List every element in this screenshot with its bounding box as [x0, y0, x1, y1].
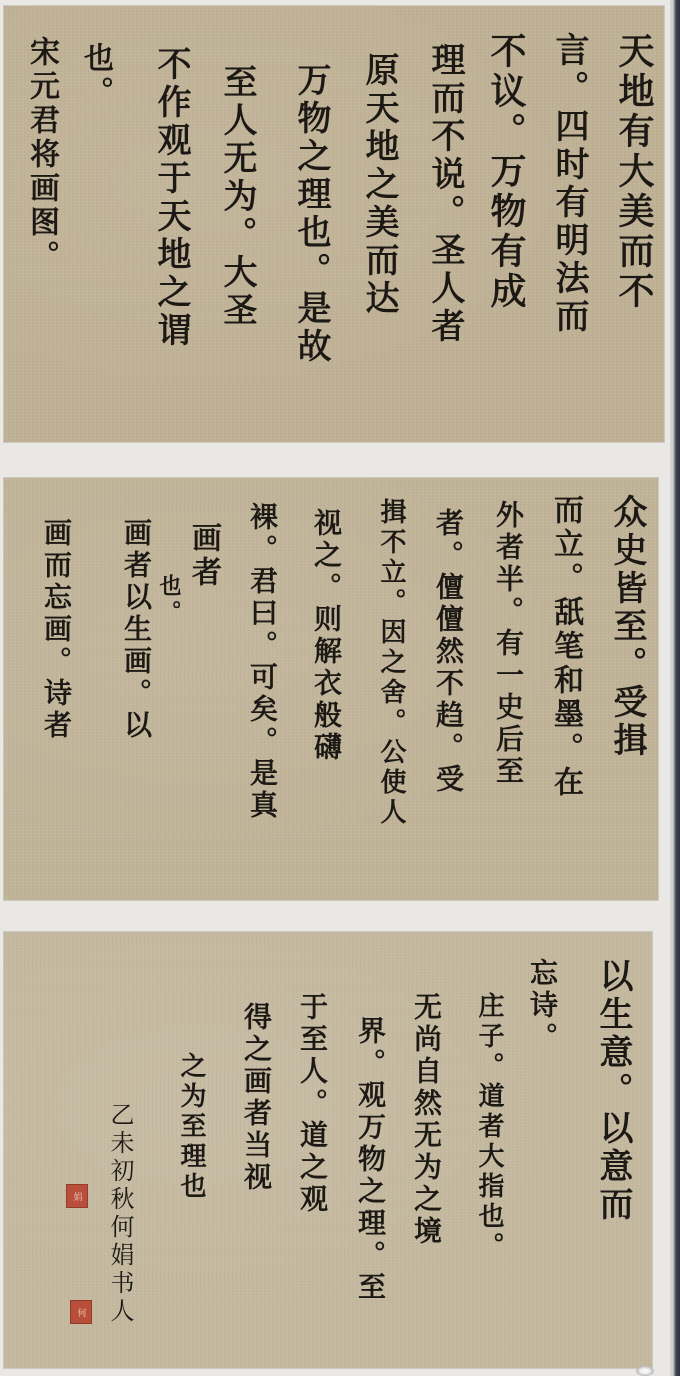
text-column: 者。儃儃然不趋。受: [434, 508, 462, 796]
hanging-ring: [636, 1366, 654, 1376]
text-column: 不议。万物有成: [488, 32, 524, 312]
text-column: 画者: [188, 522, 218, 590]
text-column: 得之画者当视: [242, 1002, 270, 1194]
text-column: 不作观于天地之谓: [154, 46, 188, 350]
text-column: 以生意。以意而: [596, 958, 630, 1224]
text-column: 也。: [158, 574, 180, 626]
signature-column: 乙未初秋何娟书人: [108, 1102, 132, 1326]
text-column: 而立。舐笔和墨。在: [550, 494, 580, 800]
text-column: 万物之理也。是故: [294, 62, 328, 366]
seal-stamp-lower: 何: [70, 1300, 92, 1324]
calligraphy-panel-3: 以生意。以意而 忘诗。 庄子。道者大指也。 无尚自然无为之境 界。观万物之理。至…: [4, 932, 652, 1368]
text-column: 至人无为。大圣: [220, 64, 254, 330]
text-column: 视之。则解衣般礴: [312, 508, 340, 764]
text-column: 之为至理也: [178, 1052, 204, 1202]
text-column: 天地有大美而不: [616, 32, 652, 312]
text-column: 外者半。有一史后至: [494, 500, 522, 788]
text-column: 界。观万物之理。至: [356, 1016, 384, 1304]
text-column: 也。: [80, 42, 110, 110]
calligraphy-panel-2: 众史皆至。受揖 而立。舐笔和墨。在 外者半。有一史后至 者。儃儃然不趋。受 揖不…: [4, 478, 658, 900]
text-column: 庄子。道者大指也。: [476, 992, 502, 1262]
text-column: 忘诗。: [528, 958, 556, 1054]
seal-stamp-upper: 娟: [66, 1184, 88, 1208]
text-column: 原天地之美而达: [362, 52, 396, 318]
scroll-mount-edge: [670, 0, 680, 1376]
text-column: 言。四时有明法而: [552, 32, 586, 336]
text-column: 于至人。道之观: [298, 992, 326, 1216]
text-column: 宋元君将画图。: [26, 36, 56, 274]
text-column: 画而忘画。诗者: [42, 518, 70, 742]
text-column: 画者以生画。以: [122, 518, 150, 742]
text-column: 众史皆至。受揖: [610, 494, 644, 760]
calligraphy-panel-1: 天地有大美而不 言。四时有明法而 不议。万物有成 理而不说。圣人者 原天地之美而…: [4, 6, 664, 442]
text-column: 理而不说。圣人者: [428, 42, 462, 346]
text-column: 揖不立。因之舍。公使人: [378, 498, 404, 828]
text-column: 裸。君曰。可矣。是真: [248, 502, 276, 822]
text-column: 无尚自然无为之境: [412, 992, 440, 1248]
